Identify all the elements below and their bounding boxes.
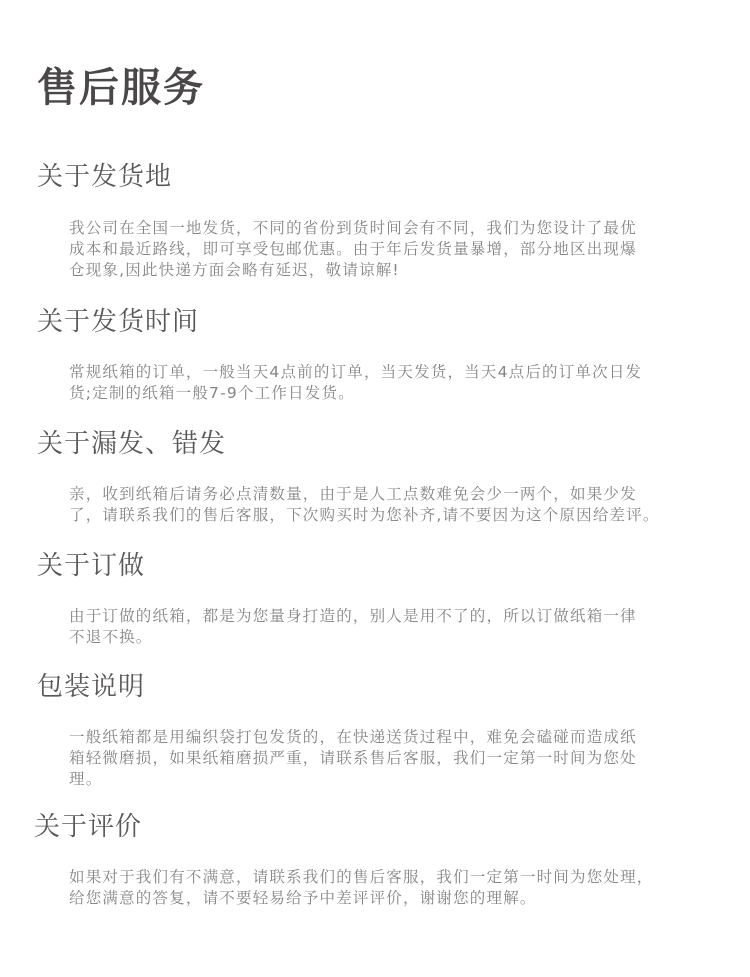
section-body-shipping-time: 常规纸箱的订单，一般当天4点前的订单，当天发货，当天4点后的订单次日发 货;定制… — [69, 362, 729, 404]
section-heading-custom-order: 关于订做 — [37, 549, 145, 583]
section-body-missing-wrong-shipment: 亲，收到纸箱后请务必点清数量，由于是人工点数难免会少一两个，如果少发 了，请联系… — [69, 484, 729, 526]
section-heading-shipping-time: 关于发货时间 — [37, 305, 199, 339]
body-line: 我公司在全国一地发货，不同的省份到货时间会有不同，我们为您设计了最优 — [69, 218, 729, 239]
section-heading-reviews: 关于评价 — [34, 810, 142, 844]
body-line: 成本和最近路线，即可享受包邮优惠。由于年后发货量暴增，部分地区出现爆 — [69, 239, 729, 260]
body-line: 货;定制的纸箱一般7-9个工作日发货。 — [69, 383, 729, 404]
body-line: 由于订做的纸箱，都是为您量身打造的，别人是用不了的，所以订做纸箱一律 — [69, 606, 729, 627]
section-heading-missing-wrong-shipment: 关于漏发、错发 — [37, 427, 226, 461]
section-body-reviews: 如果对于我们有不满意，请联系我们的售后客服，我们一定第一时间为您处理， 给您满意… — [69, 867, 729, 909]
section-body-packaging: 一般纸箱都是用编织袋打包发货的，在快递送货过程中，难免会磕碰而造成纸 箱轻微磨损… — [69, 727, 729, 790]
body-line: 给您满意的答复，请不要轻易给予中差评评价，谢谢您的理解。 — [69, 888, 729, 909]
section-heading-packaging: 包装说明 — [37, 670, 145, 704]
body-line: 理。 — [69, 769, 729, 790]
section-body-custom-order: 由于订做的纸箱，都是为您量身打造的，别人是用不了的，所以订做纸箱一律 不退不换。 — [69, 606, 729, 648]
body-line: 不退不换。 — [69, 627, 729, 648]
body-line: 一般纸箱都是用编织袋打包发货的，在快递送货过程中，难免会磕碰而造成纸 — [69, 727, 729, 748]
section-body-shipping-origin: 我公司在全国一地发货，不同的省份到货时间会有不同，我们为您设计了最优 成本和最近… — [69, 218, 729, 281]
page-title: 售后服务 — [37, 62, 205, 114]
body-line: 仓现象,因此快递方面会略有延迟，敬请谅解! — [69, 260, 729, 281]
body-line: 亲，收到纸箱后请务必点清数量，由于是人工点数难免会少一两个，如果少发 — [69, 484, 729, 505]
body-line: 了，请联系我们的售后客服，下次购买时为您补齐,请不要因为这个原因给差评。 — [69, 505, 729, 526]
body-line: 常规纸箱的订单，一般当天4点前的订单，当天发货，当天4点后的订单次日发 — [69, 362, 729, 383]
body-line: 箱轻微磨损，如果纸箱磨损严重，请联系售后客服，我们一定第一时间为您处 — [69, 748, 729, 769]
section-heading-shipping-origin: 关于发货地 — [37, 160, 172, 194]
body-line: 如果对于我们有不满意，请联系我们的售后客服，我们一定第一时间为您处理， — [69, 867, 729, 888]
